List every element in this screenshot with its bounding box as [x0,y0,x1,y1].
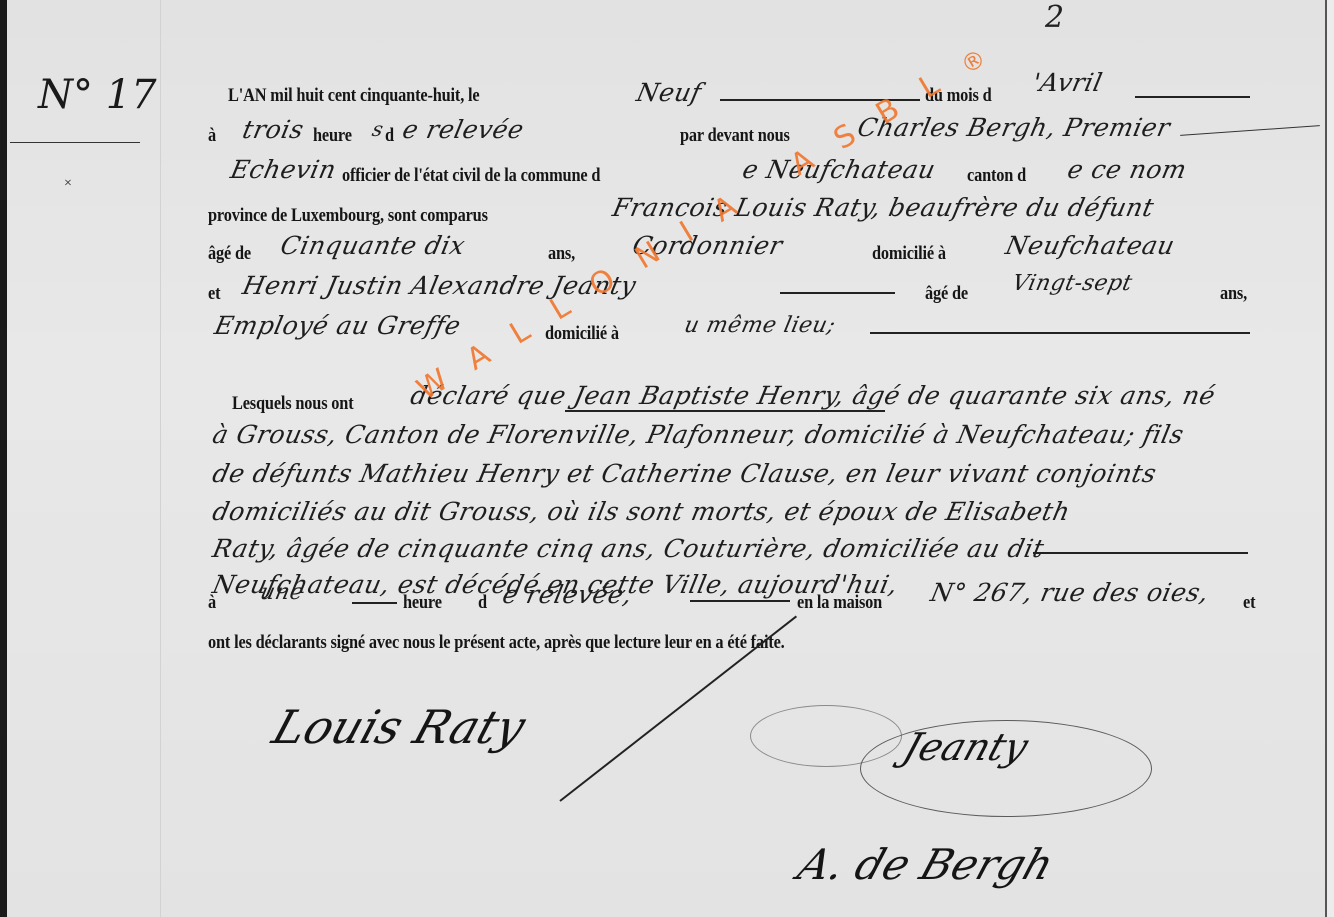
printed-text: et [1243,592,1255,614]
printed-text: domicilié à [872,243,946,265]
handwritten-domicile-2: u même lieu; [682,313,838,338]
printed-text: ans, [548,243,575,265]
handwritten-text: à Grouss, Canton de Florenville, Plafonn… [210,420,1187,449]
handwritten-period: e relevée, [500,580,635,609]
handwritten-text: de défunts Mathieu Henry et Catherine Cl… [210,459,1159,488]
fill-line [870,332,1250,334]
printed-text: canton d [967,165,1026,187]
printed-text: âgé de [208,243,251,265]
signature-bergh: A. de Bergh [792,840,1060,889]
printed-text: âgé de [925,283,968,305]
fill-line [1033,552,1248,554]
name-underline [565,410,885,412]
handwritten-suffix: s [370,117,386,141]
handwritten-day: Neuf [634,78,704,107]
handwritten-address: N° 267, rue des oies, [928,578,1212,607]
handwritten-canton: e ce nom [1065,155,1190,184]
printed-text: à [208,125,216,147]
printed-text: à [208,592,216,614]
handwritten-age-1: Cinquante dix [278,231,468,260]
scan-edge [0,0,7,917]
printed-text: heure [403,592,442,614]
printed-text: Lesquels nous ont [232,393,353,415]
margin-rule [160,0,161,917]
printed-text: officier de l'état civil de la commune d [342,165,600,187]
signature-jeanty: Jeanty [898,725,1034,769]
handwritten-title: Echevin [228,155,339,184]
handwritten-text: domiciliés au dit Grouss, où ils sont mo… [210,497,1073,526]
fill-line [352,602,397,604]
printed-text: d [478,592,487,614]
handwritten-text: Raty, âgée de cinquante cinq ans, Coutur… [210,534,1047,563]
printed-closing: ont les déclarants signé avec nous le pr… [208,632,785,654]
fill-line [1180,125,1320,136]
printed-text: d [385,125,394,147]
scan-edge-right [1327,0,1334,917]
printed-text: L'AN mil huit cent cinquante-huit, le [228,85,479,107]
printed-text: par devant nous [680,125,790,147]
act-number: N° 17 [38,72,157,118]
handwritten-month: 'Avril [1030,68,1105,97]
margin-underline [10,142,140,143]
corner-mark: 2 [1045,0,1064,35]
handwritten-deceased: déclaré que Jean Baptiste Henry, âgé de … [408,381,1218,410]
printed-text: ans, [1220,283,1247,305]
handwritten-profession-2: Employé au Greffe [212,311,464,340]
fill-line [1135,96,1250,98]
handwritten-period: e relevée [400,115,527,144]
signature-raty: Louis Raty [266,700,532,754]
margin-mark: × [64,176,72,192]
printed-text: province de Luxembourg, sont comparus [208,205,488,227]
handwritten-age-2: Vingt-sept [1010,271,1135,296]
fill-line [690,600,790,602]
printed-text: heure [313,125,352,147]
fill-line [780,292,895,294]
civil-record-page: N° 17 × 2 L'AN mil huit cent cinquante-h… [0,0,1334,917]
handwritten-hour: une [258,580,306,605]
handwritten-domicile-1: Neufchateau [1003,231,1178,260]
handwritten-hour: trois [240,115,307,144]
printed-text: et [208,283,220,305]
printed-text: en la maison [797,592,882,614]
